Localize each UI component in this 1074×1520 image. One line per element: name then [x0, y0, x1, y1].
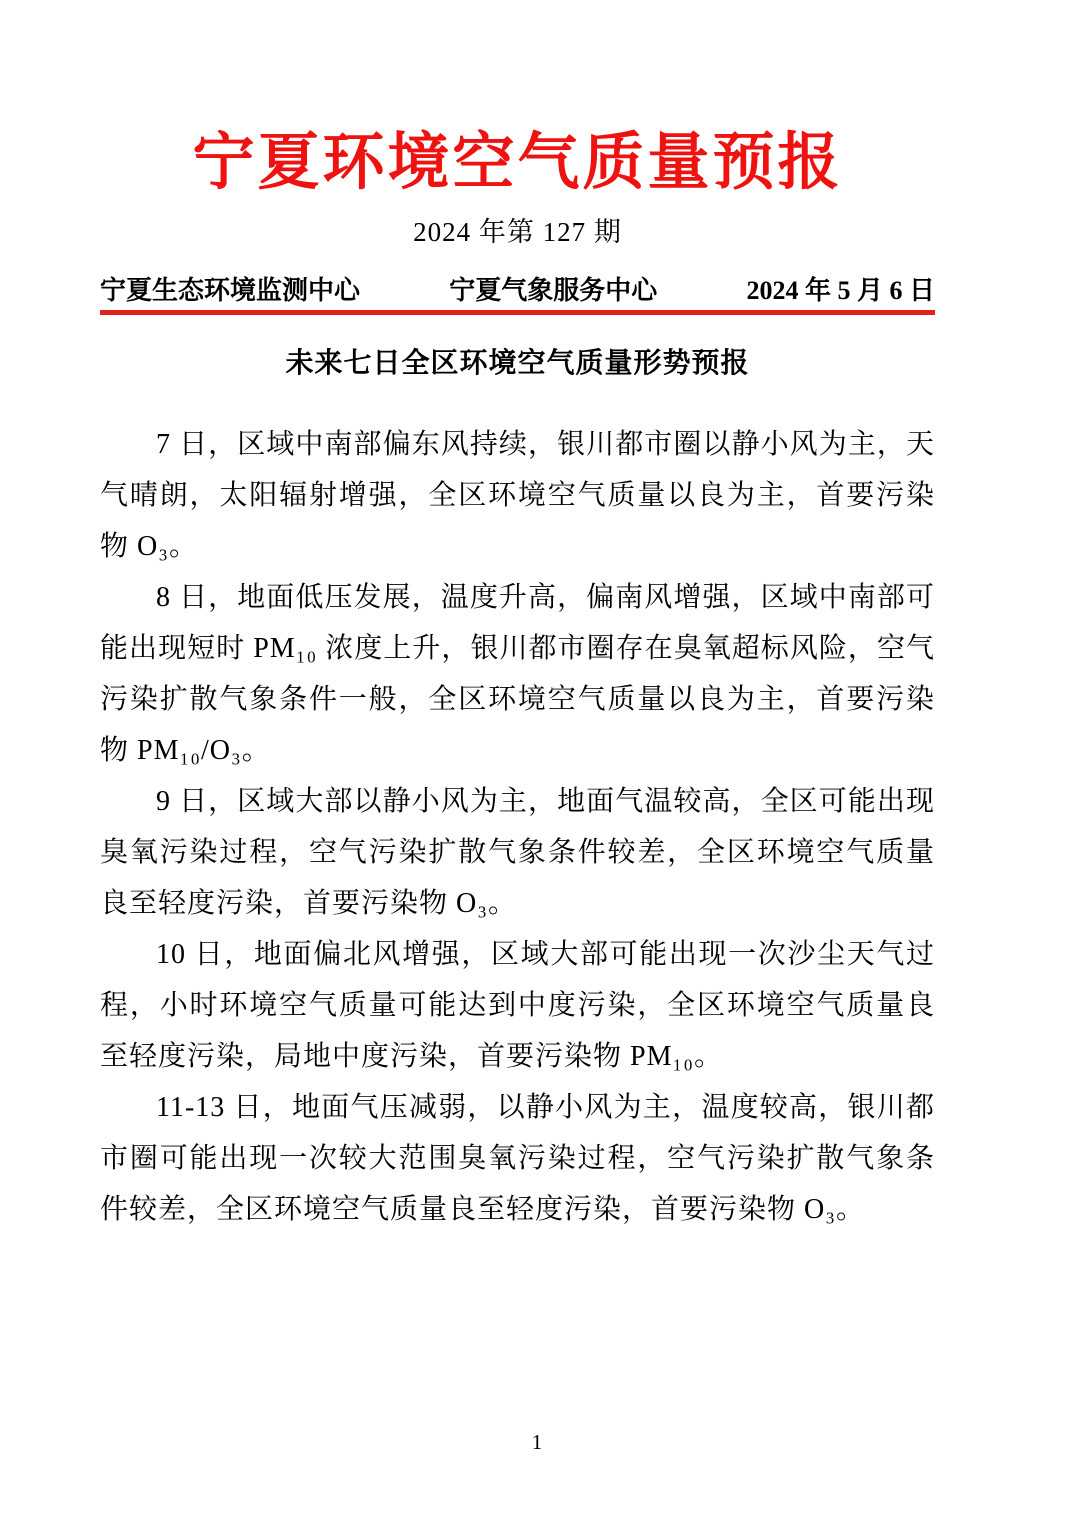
forecast-paragraph-day11-13: 11-13 日，地面气压减弱，以静小风为主，温度较高，银川都市圈可能出现一次较大…: [100, 1082, 935, 1235]
document-page: 宁夏环境空气质量预报 2024 年第 127 期 宁夏生态环境监测中心 宁夏气象…: [0, 0, 1074, 1520]
publisher-row: 宁夏生态环境监测中心 宁夏气象服务中心 2024 年 5 月 6 日: [100, 275, 935, 308]
forecast-paragraph-day7: 7 日，区域中南部偏东风持续，银川都市圈以静小风为主，天气晴朗，太阳辐射增强，全…: [100, 419, 935, 572]
publisher-monitoring-center: 宁夏生态环境监测中心: [100, 275, 360, 308]
page-title: 宁夏环境空气质量预报: [100, 126, 935, 200]
forecast-paragraph-day8: 8 日，地面低压发展，温度升高，偏南风增强，区域中南部可能出现短时 PM₁₀ 浓…: [100, 572, 935, 776]
forecast-paragraph-day10: 10 日，地面偏北风增强，区域大部可能出现一次沙尘天气过程，小时环境空气质量可能…: [100, 929, 935, 1082]
issue-number: 2024 年第 127 期: [100, 216, 935, 248]
document-content: 宁夏环境空气质量预报 2024 年第 127 期 宁夏生态环境监测中心 宁夏气象…: [100, 0, 935, 1235]
section-heading: 未来七日全区环境空气质量形势预报: [100, 347, 935, 381]
forecast-paragraph-day9: 9 日，区域大部以静小风为主，地面气温较高，全区可能出现臭氧污染过程，空气污染扩…: [100, 776, 935, 929]
report-date: 2024 年 5 月 6 日: [746, 275, 935, 308]
red-divider-rule: [100, 310, 935, 315]
page-number: 1: [0, 1430, 1074, 1455]
forecast-body: 7 日，区域中南部偏东风持续，银川都市圈以静小风为主，天气晴朗，太阳辐射增强，全…: [100, 419, 935, 1235]
publisher-weather-service-center: 宁夏气象服务中心: [449, 275, 657, 308]
